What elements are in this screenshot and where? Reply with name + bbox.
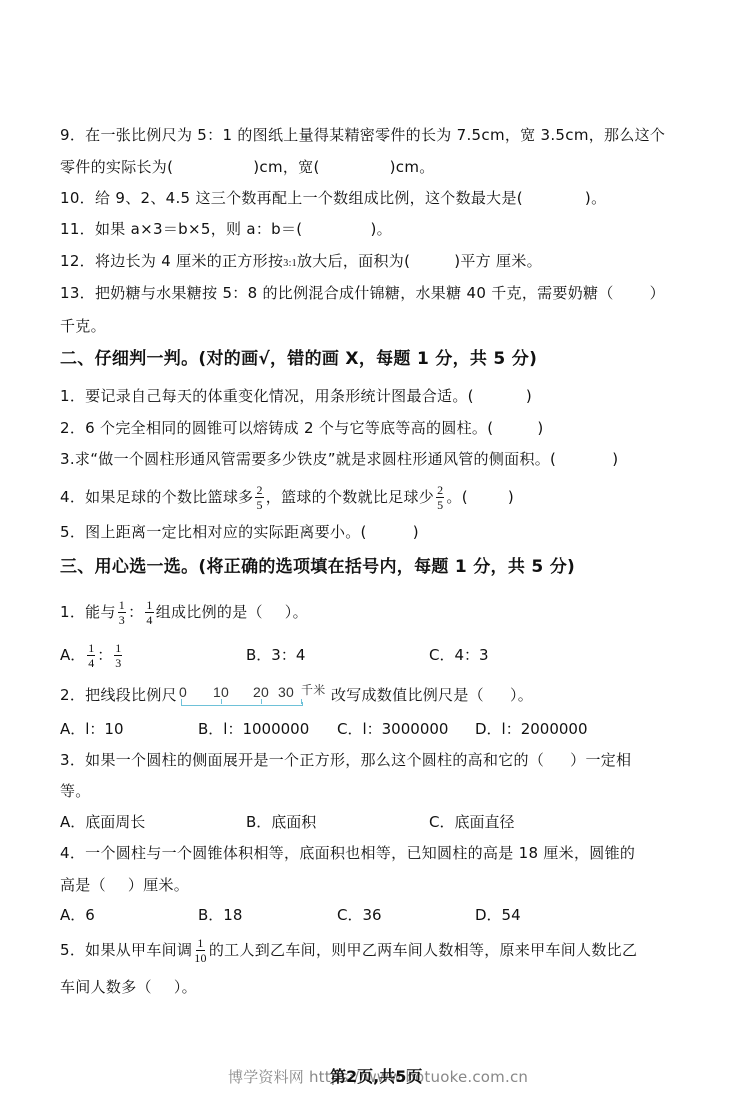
question-text: 12．将边长为 4 厘米的正方形按 <box>60 252 283 270</box>
fraction-one-fourth: 14 <box>145 599 153 626</box>
question-text: 10．给 9、2、4.5 这三个数再配上一个数组成比例，这个数最大是( <box>60 189 523 207</box>
judge-item-3: 3.求“做一个圆柱形通风管需要多少铁皮”就是求圆柱形通风管的侧面积。() <box>60 449 618 469</box>
question-text: ) <box>612 450 618 468</box>
scale-bar-line <box>181 702 303 706</box>
choice-3-option-a[interactable]: A．底面周长 <box>60 812 145 832</box>
choice-3-option-b[interactable]: B．底面积 <box>246 812 316 832</box>
question-9-line-2: 零件的实际长为()cm，宽()cm。 <box>60 157 435 177</box>
question-11: 11．如果 a×3＝b×5，则 a：b＝()。 <box>60 219 392 239</box>
numerator: 1 <box>87 642 95 656</box>
choice-2-option-b[interactable]: B．l：1000000 <box>198 719 309 739</box>
ratio-text: 3:1 <box>283 258 297 269</box>
choice-1-option-c[interactable]: C．4：3 <box>429 645 489 665</box>
question-text: 3．如果一个圆柱的侧面展开是一个正方形，那么这个圆柱的高和它的（ <box>60 751 544 769</box>
scale-tick <box>301 699 302 704</box>
question-9-line-1: 9．在一张比例尺为 5：1 的图纸上量得某精密零件的长为 7.5cm，宽 3.5… <box>60 125 665 145</box>
denominator: 5 <box>256 498 262 511</box>
choice-2-option-a[interactable]: A．l：10 <box>60 719 124 739</box>
choice-question-2: 2．把线段比例尺 0 10 20 30 千米 改写成数值比例尺是（）。 <box>60 683 533 708</box>
question-text: 1．能与 <box>60 603 116 621</box>
question-text: 千克。 <box>60 317 106 335</box>
judge-item-4: 4．如果足球的个数比篮球多25，篮球的个数就比足球少25。() <box>60 482 514 512</box>
question-text: 9．在一张比例尺为 5：1 的图纸上量得某精密零件的长为 7.5cm，宽 3.5… <box>60 126 665 144</box>
colon: ： <box>128 603 143 621</box>
question-text: ) <box>413 523 419 541</box>
question-text: )cm。 <box>390 158 435 176</box>
question-text: ）厘米。 <box>128 876 189 894</box>
question-text: )。 <box>370 220 391 238</box>
question-12: 12．将边长为 4 厘米的正方形按3:1放大后，面积为()平方 厘米。 <box>60 251 542 274</box>
choice-question-3-line-1: 3．如果一个圆柱的侧面展开是一个正方形，那么这个圆柱的高和它的（）一定相 <box>60 750 631 770</box>
line-segment-scale: 0 10 20 30 千米 <box>179 684 329 708</box>
question-text: 的工人到乙车间，则甲乙两车间人数相等，原来甲车间人数比乙 <box>209 941 637 959</box>
judge-item-5: 5．图上距离一定比相对应的实际距离要小。() <box>60 522 419 542</box>
choice-question-4-line-1: 4．一个圆柱与一个圆锥体积相等，底面积也相等，已知圆柱的高是 18 厘米，圆锥的 <box>60 843 635 863</box>
question-text: 车间人数多（ <box>60 978 152 996</box>
question-text: 4．如果足球的个数比篮球多 <box>60 488 253 506</box>
choice-question-4-line-2: 高是（）厘米。 <box>60 875 189 895</box>
exam-page: 9．在一张比例尺为 5：1 的图纸上量得某精密零件的长为 7.5cm，宽 3.5… <box>0 0 754 1117</box>
option-label: A． <box>60 646 85 664</box>
question-text: 放大后，面积为( <box>297 252 410 270</box>
scale-unit: 千米 <box>301 678 326 702</box>
fraction-one-third: 13 <box>118 599 126 626</box>
question-text: 。( <box>446 488 467 506</box>
question-text: ）。 <box>510 686 533 704</box>
numerator: 2 <box>255 484 263 498</box>
question-text: 13．把奶糖与水果糖按 5：8 的比例混合成什锦糖，水果糖 40 千克，需要奶糖… <box>60 284 614 302</box>
scale-tick <box>221 699 222 704</box>
choice-question-1: 1．能与13：14组成比例的是（）。 <box>60 597 308 627</box>
choice-1-option-b[interactable]: B．3：4 <box>246 645 305 665</box>
numerator: 1 <box>145 599 153 613</box>
question-text: 5．如果从甲车间调 <box>60 941 192 959</box>
fraction-one-tenth: 110 <box>194 937 207 964</box>
question-text: 2．把线段比例尺 <box>60 686 177 704</box>
fraction-two-fifths: 25 <box>436 484 444 511</box>
question-text: 改写成数值比例尺是（ <box>331 686 484 704</box>
choice-4-option-d[interactable]: D．54 <box>475 905 521 925</box>
denominator: 4 <box>88 656 94 669</box>
denominator: 10 <box>194 951 207 964</box>
choice-3-option-c[interactable]: C．底面直径 <box>429 812 514 832</box>
question-text: 5．图上距离一定比相对应的实际距离要小。( <box>60 523 367 541</box>
question-text: 1．要记录自己每天的体重变化情况，用条形统计图最合适。( <box>60 387 474 405</box>
denominator: 4 <box>146 613 152 626</box>
section-2-heading: 二、仔细判一判。(对的画√，错的画 X，每题 1 分，共 5 分) <box>60 348 537 370</box>
question-text: 零件的实际长为( <box>60 158 173 176</box>
question-text: )平方 厘米。 <box>454 252 542 270</box>
page-number: 第2页,共5页 <box>330 1064 422 1087</box>
scale-tick <box>261 699 262 704</box>
page-footer: 博学资料网 https://www.botuoke.com.cn 第2页,共5页 <box>0 1064 754 1088</box>
question-text: 高是（ <box>60 876 106 894</box>
numerator: 1 <box>118 599 126 613</box>
choice-2-option-d[interactable]: D．l：2000000 <box>475 719 588 739</box>
choice-question-3-line-2: 等。 <box>60 781 91 801</box>
scale-tick-label: 30 <box>278 680 294 704</box>
question-text: ）。 <box>285 603 308 621</box>
numerator: 1 <box>114 642 122 656</box>
denominator: 3 <box>119 613 125 626</box>
choice-question-5-line-1: 5．如果从甲车间调110的工人到乙车间，则甲乙两车间人数相等，原来甲车间人数比乙 <box>60 935 637 965</box>
question-text: ) <box>537 419 543 437</box>
choice-question-5-line-2: 车间人数多（）。 <box>60 977 197 997</box>
question-10: 10．给 9、2、4.5 这三个数再配上一个数组成比例，这个数最大是()。 <box>60 188 606 208</box>
fraction-one-third: 13 <box>114 642 122 669</box>
denominator: 5 <box>437 498 443 511</box>
choice-2-option-c[interactable]: C．l：3000000 <box>337 719 448 739</box>
question-text: ) <box>526 387 532 405</box>
question-text: 组成比例的是（ <box>156 603 263 621</box>
fraction-one-fourth: 14 <box>87 642 95 669</box>
choice-1-option-a[interactable]: A．14：13 <box>60 640 124 670</box>
question-text: ，篮球的个数就比足球少 <box>266 488 434 506</box>
scale-tick <box>181 699 182 704</box>
judge-item-2: 2．6 个完全相同的圆锥可以熔铸成 2 个与它等底等高的圆柱。() <box>60 418 544 438</box>
choice-4-option-c[interactable]: C．36 <box>337 905 382 925</box>
question-text: )cm，宽( <box>253 158 319 176</box>
question-13-line-2: 千克。 <box>60 316 106 336</box>
fraction-two-fifths: 25 <box>255 484 263 511</box>
question-text: ) <box>508 488 514 506</box>
section-3-heading: 三、用心选一选。(将正确的选项填在括号内，每题 1 分，共 5 分) <box>60 556 575 578</box>
question-text: 11．如果 a×3＝b×5，则 a：b＝( <box>60 220 302 238</box>
choice-4-option-a[interactable]: A．6 <box>60 905 95 925</box>
colon: ： <box>97 646 112 664</box>
choice-4-option-b[interactable]: B．18 <box>198 905 242 925</box>
question-text: ）。 <box>174 978 197 996</box>
numerator: 1 <box>196 937 204 951</box>
numerator: 2 <box>436 484 444 498</box>
judge-item-1: 1．要记录自己每天的体重变化情况，用条形统计图最合适。() <box>60 386 532 406</box>
question-text: )。 <box>585 189 606 207</box>
question-text: 3.求“做一个圆柱形通风管需要多少铁皮”就是求圆柱形通风管的侧面积。( <box>60 450 556 468</box>
question-text: 2．6 个完全相同的圆锥可以熔铸成 2 个与它等底等高的圆柱。( <box>60 419 493 437</box>
question-text: ）一定相 <box>570 751 631 769</box>
question-text: ） <box>650 284 665 302</box>
question-13-line-1: 13．把奶糖与水果糖按 5：8 的比例混合成什锦糖，水果糖 40 千克，需要奶糖… <box>60 283 665 303</box>
denominator: 3 <box>115 656 121 669</box>
